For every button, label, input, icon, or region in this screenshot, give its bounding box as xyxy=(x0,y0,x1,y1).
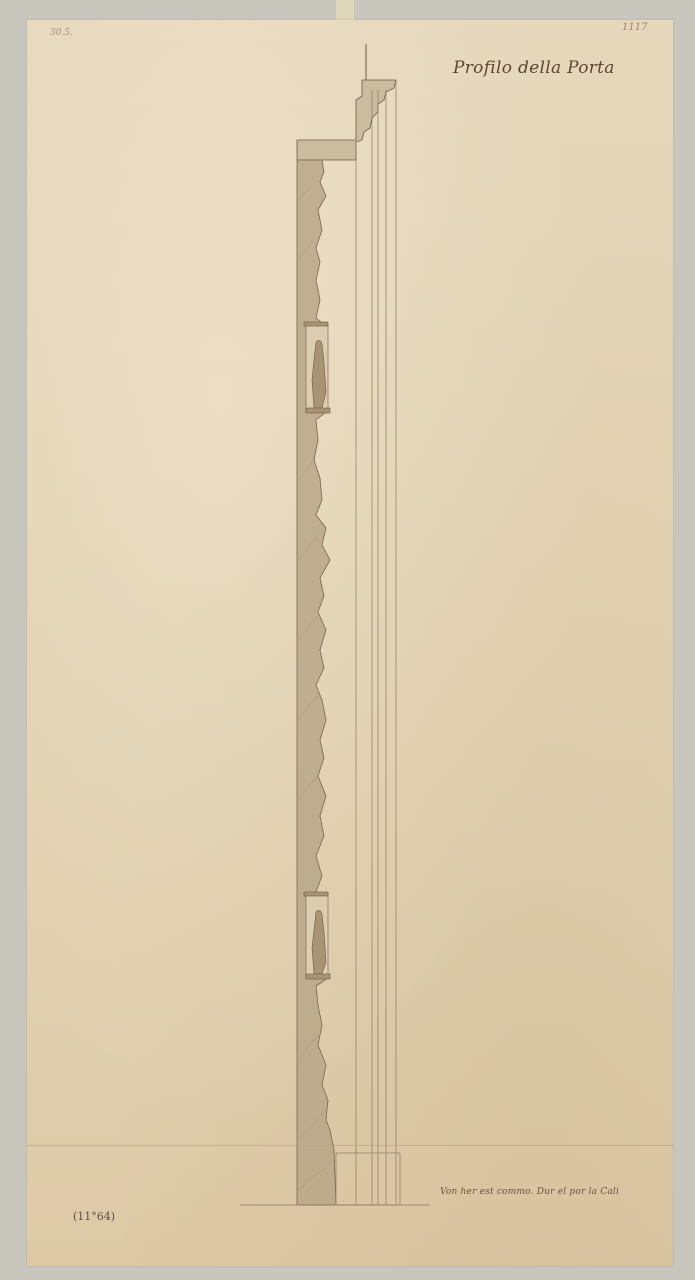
drawing-caption: Von her est commo. Dur el por la Cali xyxy=(440,1187,619,1197)
statue-upper xyxy=(304,322,330,413)
jamb-section xyxy=(297,160,336,1205)
cornice xyxy=(297,44,396,160)
door-profile-drawing xyxy=(0,0,695,1280)
statue-lower xyxy=(304,892,330,979)
door-frame-lines xyxy=(356,80,396,1205)
inventory-number: (11°64) xyxy=(73,1210,115,1223)
